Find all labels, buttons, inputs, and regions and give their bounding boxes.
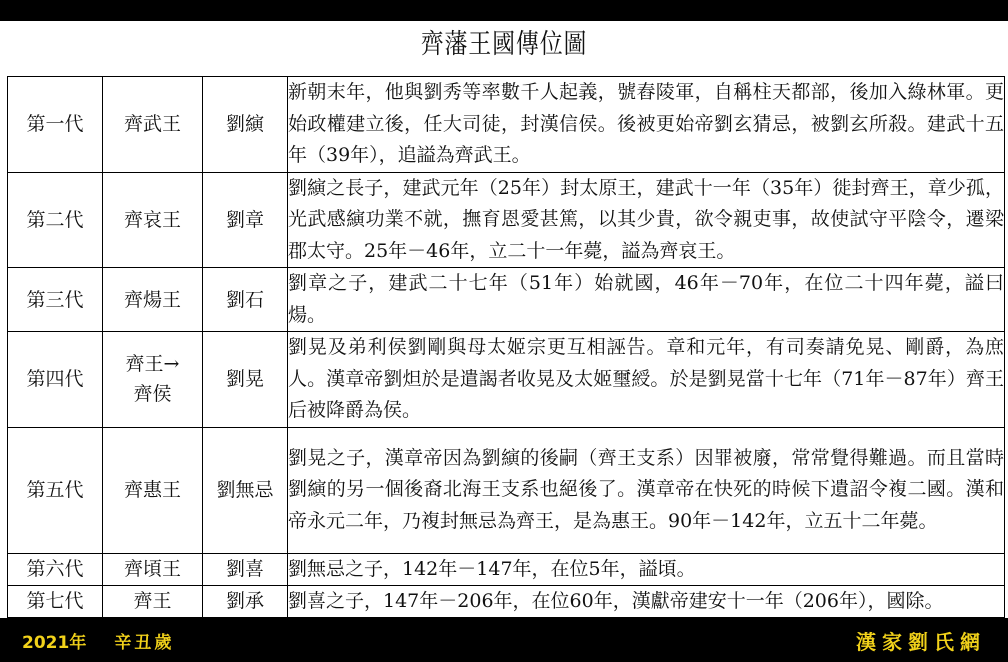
description-cell: 劉章之子，建武二十七年（51年）始就國，46年－70年，在位二十四年薨，謚曰煬。 (288, 268, 1005, 332)
generation-cell: 第二代 (8, 172, 103, 268)
description-cell: 新朝末年，他與劉秀等率數千人起義，號舂陵軍，自稱柱天都部，後加入綠林軍。更始政權… (288, 77, 1005, 173)
footer-ganzhi: 辛丑歲 (114, 633, 174, 653)
title-cell: 齊王→ 齊侯 (103, 332, 203, 428)
name-cell: 劉承 (203, 585, 288, 617)
generation-cell: 第六代 (8, 553, 103, 585)
page-title: 齊藩王國傳位圖 (76, 27, 933, 63)
table-row: 第一代 齊武王 劉縯 新朝末年，他與劉秀等率數千人起義，號舂陵軍，自稱柱天都部，… (8, 77, 1005, 173)
name-cell: 劉喜 (203, 553, 288, 585)
table-row: 第六代 齊頃王 劉喜 劉無忌之子，142年－147年，在位5年，謚頃。 (8, 553, 1005, 585)
name-cell: 劉章 (203, 172, 288, 268)
description-cell: 劉喜之子，147年－206年，在位60年，漢獻帝建安十一年（206年），國除。 (288, 585, 1005, 617)
name-cell: 劉無忌 (203, 427, 288, 553)
table-row: 第七代 齊王 劉承 劉喜之子，147年－206年，在位60年，漢獻帝建安十一年（… (8, 585, 1005, 617)
table-row: 第五代 齊惠王 劉無忌 劉晃之子，漢章帝因為劉縯的後嗣（齊王支系）因罪被廢，常常… (8, 427, 1005, 553)
title-line-1: 齊王→ (103, 349, 202, 379)
description-cell: 劉縯之長子，建武元年（25年）封太原王，建武十一年（35年）徙封齊王，章少孤，光… (288, 172, 1005, 268)
title-cell: 齊頃王 (103, 553, 203, 585)
name-cell: 劉晃 (203, 332, 288, 428)
table-row: 第二代 齊哀王 劉章 劉縯之長子，建武元年（25年）封太原王，建武十一年（35年… (8, 172, 1005, 268)
description-cell: 劉無忌之子，142年－147年，在位5年，謚頃。 (288, 553, 1005, 585)
title-cell: 齊王 (103, 585, 203, 617)
footer-date: 2021年辛丑歲 (22, 628, 174, 653)
name-cell: 劉縯 (203, 77, 288, 173)
generation-cell: 第三代 (8, 268, 103, 332)
title-cell: 齊哀王 (103, 172, 203, 268)
description-cell: 劉晃之子，漢章帝因為劉縯的後嗣（齊王支系）因罪被廢，常常覺得難過。而且當時劉縯的… (288, 427, 1005, 553)
succession-table: 第一代 齊武王 劉縯 新朝末年，他與劉秀等率數千人起義，號舂陵軍，自稱柱天都部，… (7, 76, 1005, 618)
footer-brand: 漢家劉氏網 (856, 626, 986, 655)
generation-cell: 第五代 (8, 427, 103, 553)
generation-cell: 第一代 (8, 77, 103, 173)
title-cell: 齊煬王 (103, 268, 203, 332)
title-cell: 齊惠王 (103, 427, 203, 553)
title-cell: 齊武王 (103, 77, 203, 173)
footer-year: 2021年 (22, 633, 86, 653)
top-black-bar (0, 0, 1008, 21)
generation-cell: 第四代 (8, 332, 103, 428)
table-row: 第三代 齊煬王 劉石 劉章之子，建武二十七年（51年）始就國，46年－70年，在… (8, 268, 1005, 332)
description-cell: 劉晃及弟利侯劉剛與母太姬宗更互相誣告。章和元年，有司奏請免晃、剛爵，為庶人。漢章… (288, 332, 1005, 428)
table-row: 第四代 齊王→ 齊侯 劉晃 劉晃及弟利侯劉剛與母太姬宗更互相誣告。章和元年，有司… (8, 332, 1005, 428)
title-line-2: 齊侯 (103, 379, 202, 409)
generation-cell: 第七代 (8, 585, 103, 617)
name-cell: 劉石 (203, 268, 288, 332)
